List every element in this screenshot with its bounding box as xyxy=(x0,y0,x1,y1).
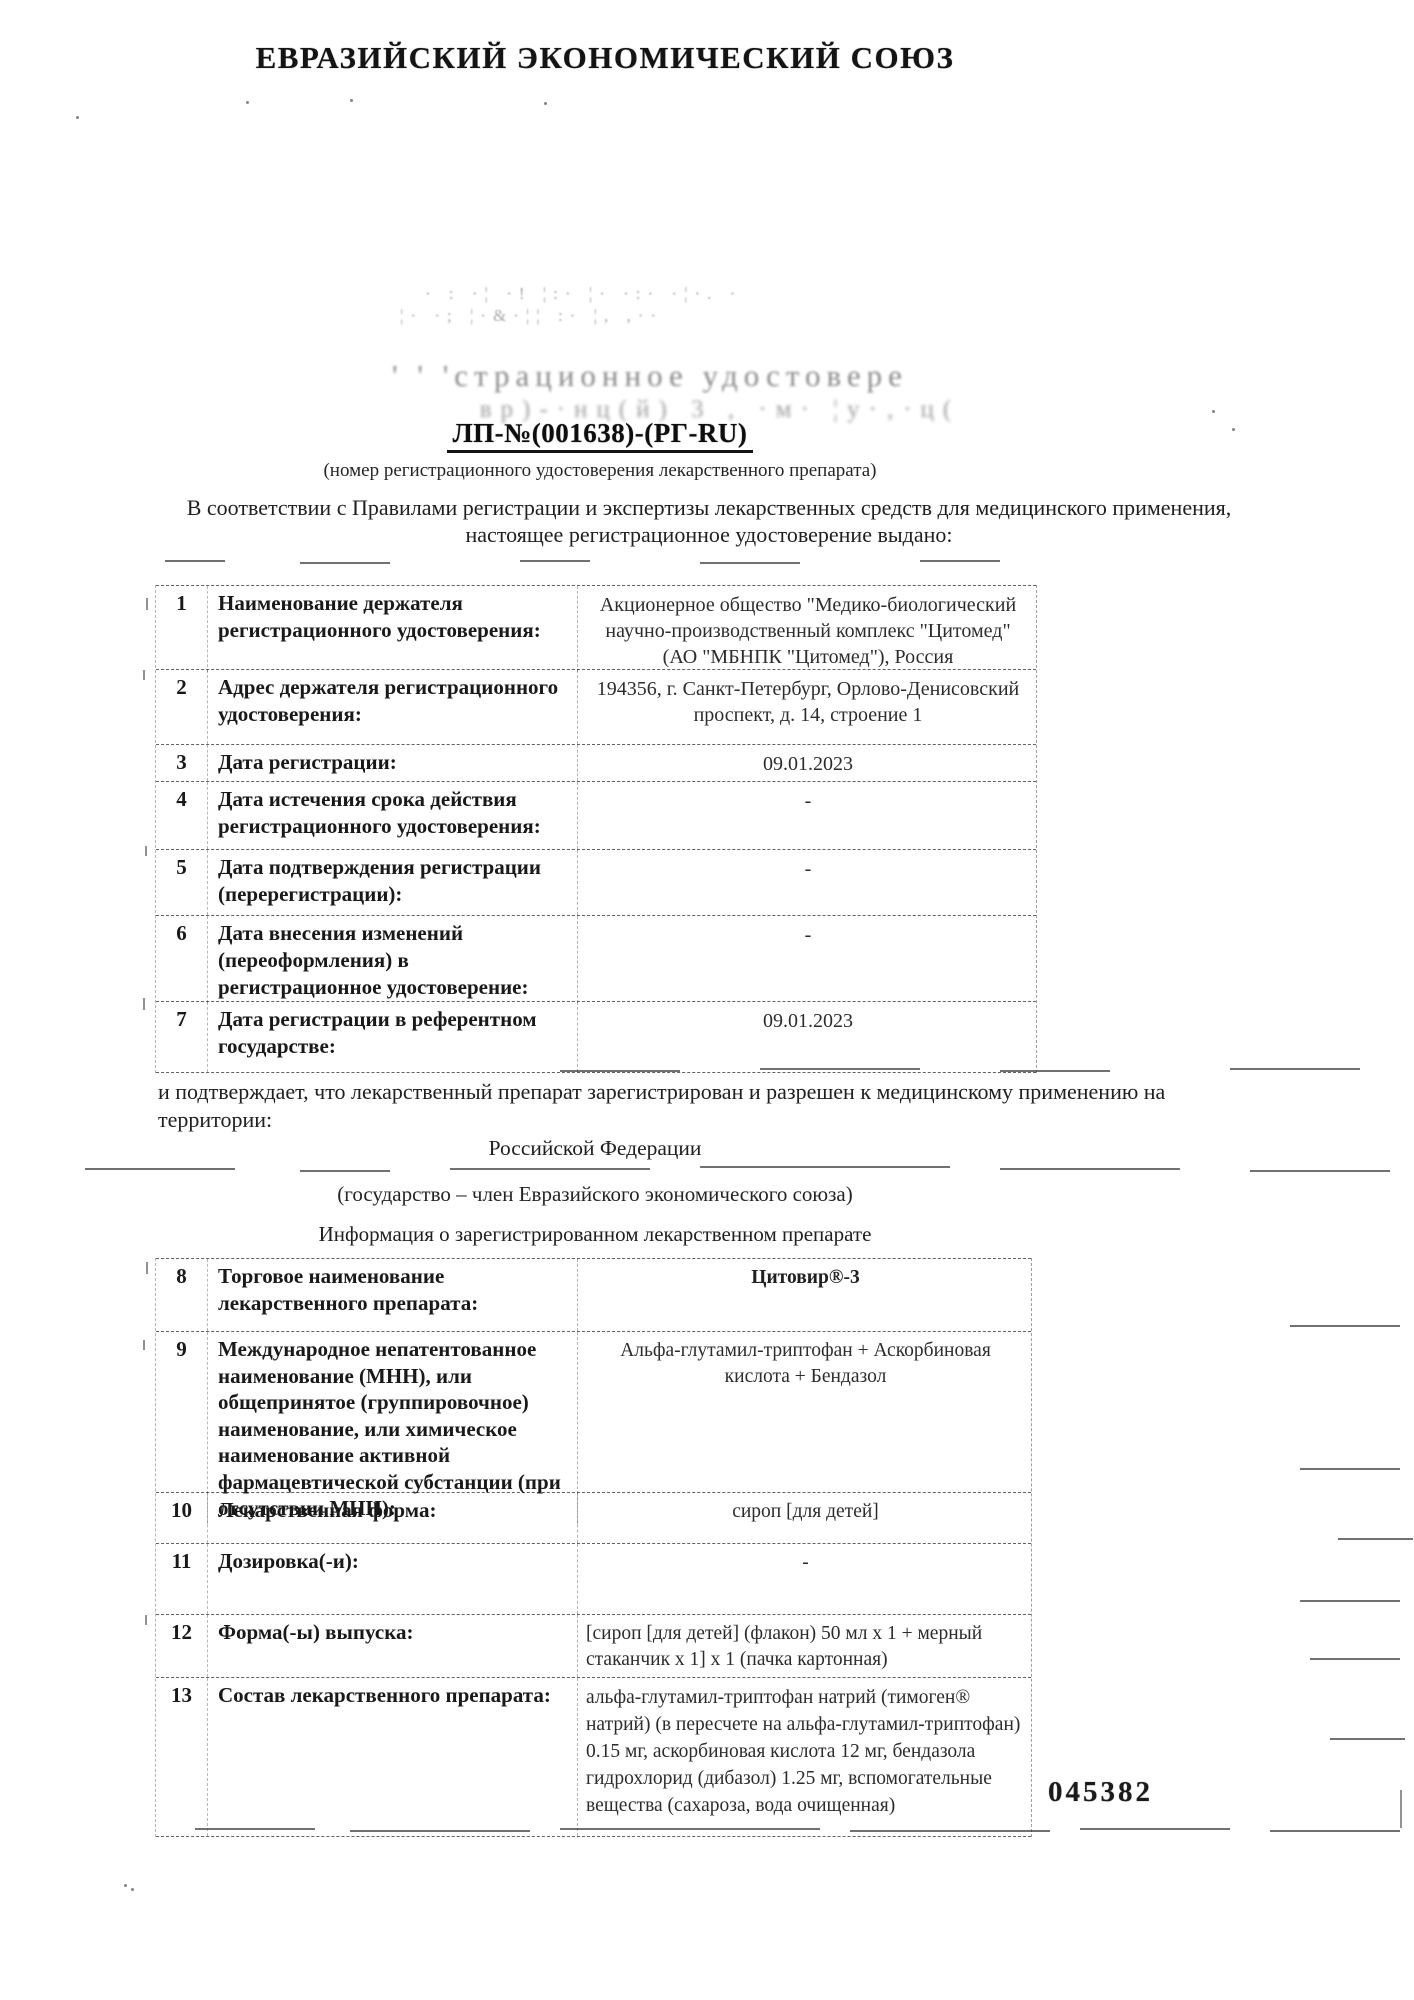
row-number: 8 xyxy=(156,1259,208,1331)
row-number: 7 xyxy=(156,1002,208,1072)
row-label: Лекарственная форма: xyxy=(208,1493,578,1543)
scan-artifact-dash xyxy=(760,1068,920,1070)
holder-info-table: 1 Наименование держателя регистрационног… xyxy=(155,585,1037,1073)
scan-speck xyxy=(350,99,353,102)
document-title: ЕВРАЗИЙСКИЙ ЭКОНОМИЧЕСКИЙ СОЮЗ xyxy=(150,40,1060,76)
row-number: 11 xyxy=(156,1544,208,1614)
row-value: 09.01.2023 xyxy=(578,1002,1036,1072)
scan-artifact-dash xyxy=(560,1070,680,1072)
scan-artifact-dash xyxy=(1338,1538,1413,1540)
row-value: Цитовир®-3 xyxy=(578,1259,1031,1331)
row-value: - xyxy=(578,916,1036,1003)
scan-speck xyxy=(246,101,249,104)
row-value: [сироп [для детей] (флакон) 50 мл х 1 + … xyxy=(578,1615,1031,1677)
registration-number: ЛП-№(001638)-(РГ-RU) xyxy=(447,418,754,453)
scan-artifact-dash xyxy=(350,1830,530,1832)
row-number: 10 xyxy=(156,1493,208,1543)
row-value: сироп [для детей] xyxy=(578,1493,1031,1543)
table-row-1: 1 Наименование держателя регистрационног… xyxy=(156,585,1036,669)
product-info-table: 8 Торговое наименование лекарственного п… xyxy=(155,1258,1032,1837)
scan-speck xyxy=(124,1884,127,1887)
scan-speck xyxy=(131,1888,134,1891)
table-row-5: 5 Дата подтверждения регистрации (перере… xyxy=(156,849,1036,915)
row-value: - xyxy=(578,1544,1031,1614)
row-label: Адрес держателя регистрационного удостов… xyxy=(208,670,578,744)
scan-artifact-dash xyxy=(1310,1658,1400,1660)
table-row-10: 10 Лекарственная форма: сироп [для детей… xyxy=(156,1492,1031,1543)
scan-artifact-dash xyxy=(1300,1600,1400,1602)
row-value: 09.01.2023 xyxy=(578,745,1036,781)
scan-artifact-dash xyxy=(1080,1828,1230,1830)
scan-artifact-dash xyxy=(1000,1168,1180,1170)
table-row-4: 4 Дата истечения срока действия регистра… xyxy=(156,781,1036,849)
row-number: 4 xyxy=(156,782,208,849)
row-label: Форма(-ы) выпуска: xyxy=(208,1615,578,1677)
scan-artifact-tick xyxy=(143,1340,145,1350)
scan-artifact-tick xyxy=(145,846,147,856)
scan-artifact-tick xyxy=(145,1615,147,1625)
row-label: Состав лекарственного препарата: xyxy=(208,1678,578,1836)
scan-artifact-dash xyxy=(1330,1738,1405,1740)
scan-artifact-dash xyxy=(850,1830,1050,1832)
scan-artifact-tick xyxy=(146,1262,148,1274)
table-row-12: 12 Форма(-ы) выпуска: [сироп [для детей]… xyxy=(156,1614,1031,1677)
ghost-text-line-2: ¦· ·; ¦·&·¦¦ :· ¦, ,·· xyxy=(400,306,860,326)
table-row-2: 2 Адрес держателя регистрационного удост… xyxy=(156,669,1036,744)
row-number: 6 xyxy=(156,916,208,1003)
table-row-7: 7 Дата регистрации в референтном государ… xyxy=(156,1001,1036,1073)
scan-artifact-dash xyxy=(450,1168,650,1170)
country-name: Российской Федерации xyxy=(90,1136,1100,1161)
scan-artifact-dash xyxy=(520,560,590,562)
row-label: Дата внесения изменений (переоформления)… xyxy=(208,916,578,1003)
table-row-8: 8 Торговое наименование лекарственного п… xyxy=(156,1258,1031,1331)
scan-speck xyxy=(1212,410,1215,413)
registration-number-block: ЛП-№(001638)-(РГ-RU) xyxy=(150,418,1050,453)
row-number: 5 xyxy=(156,850,208,915)
row-value: - xyxy=(578,782,1036,849)
row-value: 194356, г. Санкт-Петербург, Орлово-Денис… xyxy=(578,670,1036,744)
scan-artifact-dash xyxy=(560,1828,820,1830)
row-label: Торговое наименование лекарственного пре… xyxy=(208,1259,578,1331)
info-heading: Информация о зарегистрированном лекарств… xyxy=(90,1222,1100,1247)
row-label: Дата подтверждения регистрации (перереги… xyxy=(208,850,578,915)
scan-artifact-tick xyxy=(143,670,145,680)
scan-artifact-dash xyxy=(700,1166,950,1168)
row-number: 1 xyxy=(156,586,208,672)
scan-artifact-dash xyxy=(85,1168,235,1170)
intro-paragraph: В соответствии с Правилами регистрации и… xyxy=(178,494,1240,548)
country-note: (государство – член Евразийского экономи… xyxy=(90,1182,1100,1207)
scan-artifact-dash xyxy=(195,1828,315,1830)
row-number: 3 xyxy=(156,745,208,781)
scan-artifact-tick xyxy=(143,998,145,1010)
row-label: Дата регистрации в референтном государст… xyxy=(208,1002,578,1072)
scan-artifact-tick xyxy=(1400,1790,1402,1828)
row-value: альфа-глутамил-триптофан натрий (тимоген… xyxy=(578,1678,1031,1836)
scan-artifact-dash xyxy=(1300,1468,1400,1470)
scan-artifact-dash xyxy=(920,560,1000,562)
registration-number-caption: (номер регистрационного удостоверения ле… xyxy=(150,460,1050,482)
scan-artifact-dash xyxy=(165,560,225,562)
row-value: - xyxy=(578,850,1036,915)
scan-artifact-dash xyxy=(1000,1070,1110,1072)
scan-speck xyxy=(1232,428,1235,431)
scan-artifact-dash xyxy=(300,562,390,564)
ghost-text-line-3: ' ' 'страционное удостовере xyxy=(295,358,1005,394)
document-page: ЕВРАЗИЙСКИЙ ЭКОНОМИЧЕСКИЙ СОЮЗ · : ·¦ ·!… xyxy=(0,0,1414,2000)
scan-layer: ЕВРАЗИЙСКИЙ ЭКОНОМИЧЕСКИЙ СОЮЗ · : ·¦ ·!… xyxy=(0,0,1414,2000)
scan-artifact-dash xyxy=(1270,1830,1400,1832)
scan-artifact-dash xyxy=(1290,1325,1400,1327)
row-value: Акционерное общество "Медико-биологическ… xyxy=(578,586,1036,672)
row-number: 12 xyxy=(156,1615,208,1677)
table-row-3: 3 Дата регистрации: 09.01.2023 xyxy=(156,744,1036,781)
row-label: Наименование держателя регистрационного … xyxy=(208,586,578,672)
table-row-11: 11 Дозировка(-и): - xyxy=(156,1543,1031,1614)
row-label: Дата регистрации: xyxy=(208,745,578,781)
table-row-9: 9 Международное непатентованное наименов… xyxy=(156,1331,1031,1492)
serial-number-stamp: 045382 xyxy=(1048,1776,1153,1809)
scan-artifact-dash xyxy=(300,1170,390,1172)
scan-artifact-dash xyxy=(1230,1068,1360,1070)
confirm-paragraph: и подтверждает, что лекарственный препар… xyxy=(158,1078,1260,1134)
row-label: Дата истечения срока действия регистраци… xyxy=(208,782,578,849)
scan-artifact-tick xyxy=(146,598,148,610)
row-number: 2 xyxy=(156,670,208,744)
table-row-6: 6 Дата внесения изменений (переоформлени… xyxy=(156,915,1036,1001)
scan-speck xyxy=(544,102,547,105)
ghost-text-line-1: · : ·¦ ·! ¦:· ¦· ·:· ·¦·. · xyxy=(425,284,885,304)
table-row-13: 13 Состав лекарственного препарата: альф… xyxy=(156,1677,1031,1837)
scan-artifact-dash xyxy=(700,562,800,564)
row-number: 13 xyxy=(156,1678,208,1836)
scan-artifact-dash xyxy=(1250,1170,1390,1172)
row-label: Дозировка(-и): xyxy=(208,1544,578,1614)
scan-speck xyxy=(76,116,79,119)
